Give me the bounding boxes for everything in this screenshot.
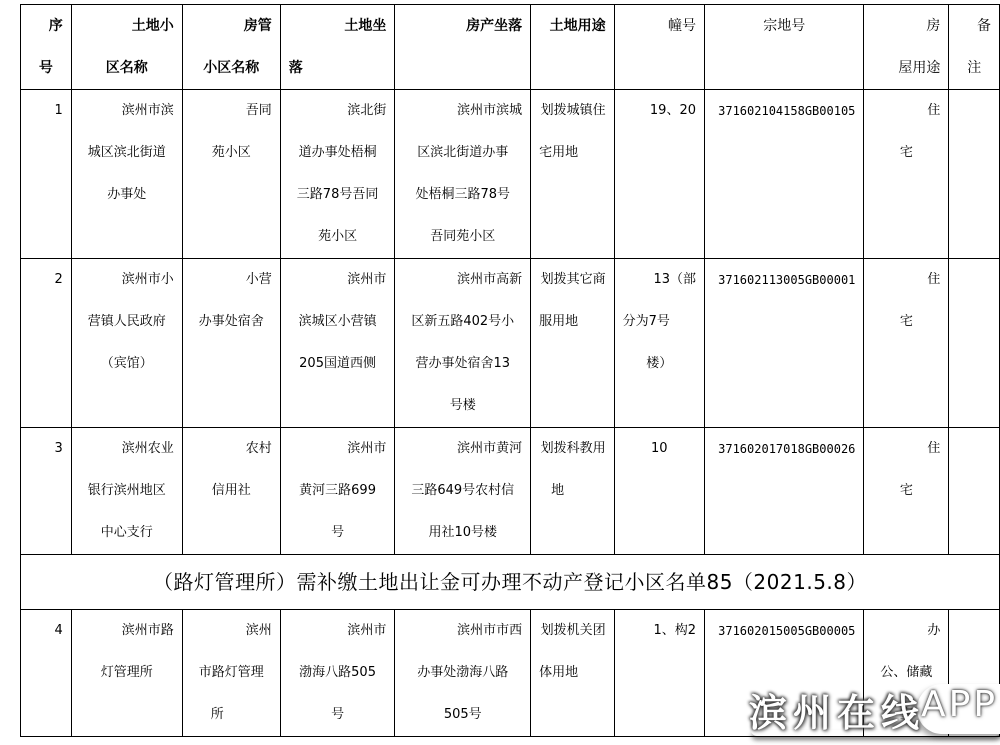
header-row: 序号 土地小区名称 房管小区名称 土地坐落 房产坐落 土地用途 幢号 宗地号 房… (21, 5, 1000, 90)
cell-no: 2 (21, 259, 72, 428)
cell-land-use: 划拨机关团体用地 (531, 610, 614, 737)
cell-housing-area: 小营办事处宿舍 (182, 259, 280, 428)
cell-no: 3 (21, 428, 72, 555)
cell-no: 1 (21, 90, 72, 259)
cell-property-location: 滨州市市西办事处渤海八路505号 (395, 610, 531, 737)
cell-house-use: 住宅 (864, 259, 949, 428)
watermark-text: 滨州在线 (749, 682, 925, 737)
cell-no: 4 (21, 610, 72, 737)
table-row: 3 滨州农业银行滨州地区中心支行 农村信用社 滨州市黄河三路699号 滨州市黄河… (21, 428, 1000, 555)
cell-land-area: 滨州农业银行滨州地区中心支行 (71, 428, 182, 555)
cell-house-use: 住宅 (864, 428, 949, 555)
cell-property-location: 滨州市黄河三路649号农村信用社10号楼 (395, 428, 531, 555)
cell-land-use: 划拨其它商服用地 (531, 259, 614, 428)
cell-parcel-no: 371602017018GB00026 (705, 428, 864, 555)
cell-building-no: 10 (614, 428, 704, 555)
header-land-use: 土地用途 (531, 5, 614, 90)
cell-housing-area: 农村信用社 (182, 428, 280, 555)
cell-land-location: 滨州市滨城区小营镇205国道西侧 (280, 259, 395, 428)
cell-housing-area: 滨州市路灯管理所 (182, 610, 280, 737)
cell-property-location: 滨州市高新区新五路402号小营办事处宿舍13号楼 (395, 259, 531, 428)
cell-remark (949, 90, 1000, 259)
header-property-location: 房产坐落 (395, 5, 531, 90)
watermark-app-text: APP (921, 684, 998, 725)
cell-house-use: 住宅 (864, 90, 949, 259)
cell-building-no: 1、构2 (614, 610, 704, 737)
cell-parcel-no: 371602104158GB00105 (705, 90, 864, 259)
header-building-no: 幢号 (614, 5, 704, 90)
cell-remark (949, 428, 1000, 555)
header-housing-area: 房管小区名称 (182, 5, 280, 90)
cell-land-area: 滨州市路灯管理所 (71, 610, 182, 737)
cell-land-location: 滨州市黄河三路699号 (280, 428, 395, 555)
cell-land-location: 滨州市渤海八路505号 (280, 610, 395, 737)
watermark-logo: 滨州在线 APP (745, 680, 995, 732)
cell-land-area: 滨州市滨城区滨北街道办事处 (71, 90, 182, 259)
header-land-location: 土地坐落 (280, 5, 395, 90)
section-title: （路灯管理所）需补缴土地出让金可办理不动产登记小区名单85（2021.5.8） (21, 555, 1000, 610)
cell-land-use: 划拨科教用地 (531, 428, 614, 555)
header-parcel-no: 宗地号 (705, 5, 864, 90)
land-registration-table: 序号 土地小区名称 房管小区名称 土地坐落 房产坐落 土地用途 幢号 宗地号 房… (20, 4, 1000, 737)
cell-property-location: 滨州市滨城区滨北街道办事处梧桐三路78号吾同苑小区 (395, 90, 531, 259)
table-row: 1 滨州市滨城区滨北街道办事处 吾同苑小区 滨北街道办事处梧桐三路78号吾同苑小… (21, 90, 1000, 259)
table-row: 2 滨州市小营镇人民政府（宾馆） 小营办事处宿舍 滨州市滨城区小营镇205国道西… (21, 259, 1000, 428)
cell-parcel-no: 371602113005GB00001 (705, 259, 864, 428)
section-banner-row: （路灯管理所）需补缴土地出让金可办理不动产登记小区名单85（2021.5.8） (21, 555, 1000, 610)
cell-remark (949, 259, 1000, 428)
header-remark: 备注 (949, 5, 1000, 90)
cell-building-no: 19、20 (614, 90, 704, 259)
cell-land-use: 划拨城镇住宅用地 (531, 90, 614, 259)
cell-building-no: 13（部分为7号楼） (614, 259, 704, 428)
cell-land-area: 滨州市小营镇人民政府（宾馆） (71, 259, 182, 428)
header-land-area: 土地小区名称 (71, 5, 182, 90)
header-house-use: 房屋用途 (864, 5, 949, 90)
cell-land-location: 滨北街道办事处梧桐三路78号吾同苑小区 (280, 90, 395, 259)
header-no: 序号 (21, 5, 72, 90)
cell-housing-area: 吾同苑小区 (182, 90, 280, 259)
